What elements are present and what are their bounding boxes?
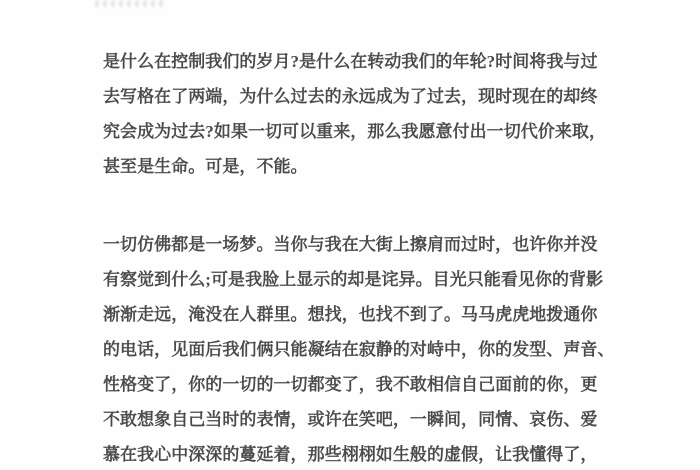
paragraph-1: 是什么在控制我们的岁月?是什么在转动我们的年轮?时间将我与过 去写格在了两端，为…: [103, 44, 603, 184]
text-line: 的电话，见面后我们俩只能凝结在寂静的对峙中，你的发型、声音、: [103, 332, 603, 367]
text-line: 不敢想象自己当时的表情，或许在笑吧，一瞬间，同情、哀伤、爱: [103, 402, 603, 437]
clipped-text-fragment: [95, 0, 165, 7]
text-line: 甚至是生命。可是，不能。: [103, 149, 603, 184]
text-line: 一切仿佛都是一场梦。当你与我在大街上擦肩而过时，也许你并没: [103, 227, 603, 262]
paragraph-2: 一切仿佛都是一场梦。当你与我在大街上擦肩而过时，也许你并没 有察觉到什么;可是我…: [103, 227, 603, 470]
text-line: 是什么在控制我们的岁月?是什么在转动我们的年轮?时间将我与过: [103, 44, 603, 79]
text-line: 渐渐走远，淹没在人群里。想找，也找不到了。马马虎虎地拨通你: [103, 297, 603, 332]
text-line: 究会成为过去?如果一切可以重来，那么我愿意付出一切代价来取，: [103, 114, 603, 149]
document-page: 是什么在控制我们的岁月?是什么在转动我们的年轮?时间将我与过 去写格在了两端，为…: [0, 0, 700, 470]
text-line: 有察觉到什么;可是我脸上显示的却是诧异。目光只能看见你的背影: [103, 262, 603, 297]
text-line: 慕在我心中深深的蔓延着，那些栩栩如生般的虚假，让我懂得了，: [103, 437, 603, 470]
text-body: 是什么在控制我们的岁月?是什么在转动我们的年轮?时间将我与过 去写格在了两端，为…: [103, 44, 603, 470]
text-line: 性格变了，你的一切的一切都变了，我不敢相信自己面前的你，更: [103, 367, 603, 402]
text-line: 去写格在了两端，为什么过去的永远成为了过去，现时现在的却终: [103, 79, 603, 114]
